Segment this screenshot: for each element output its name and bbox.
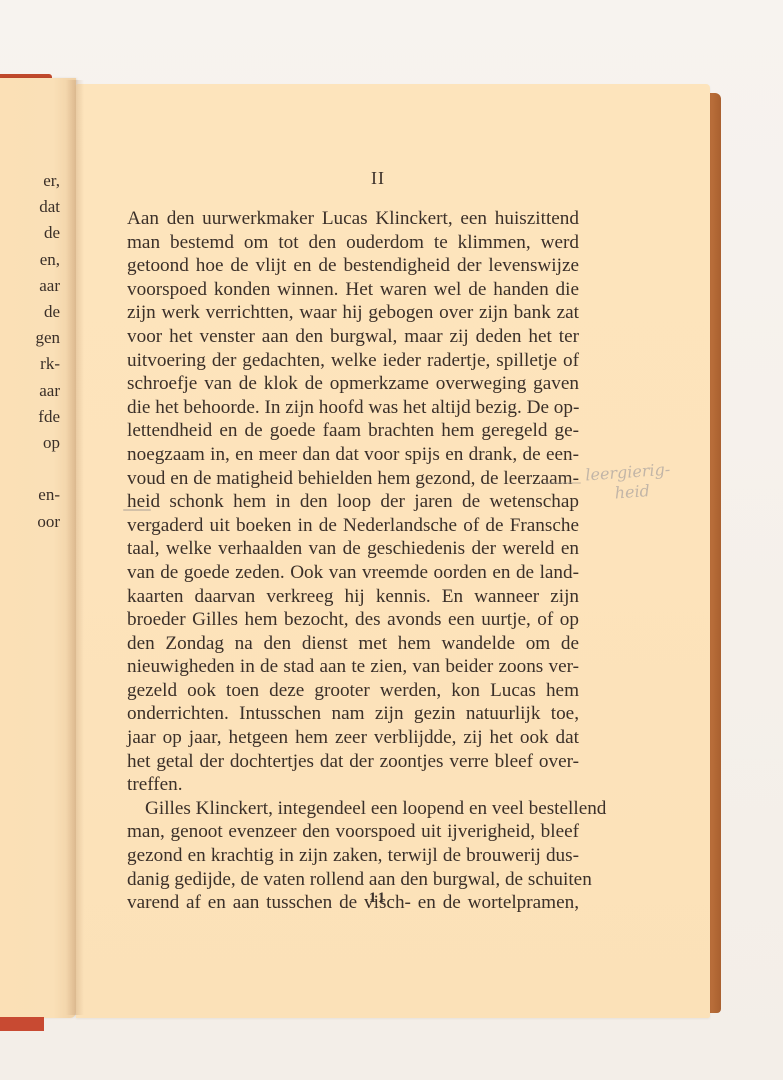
text-line: kaarten daarvan verkreeg hij kennis. En … (127, 585, 579, 609)
right-page: II Aan den uurwerkmaker Lucas Klinckert,… (76, 84, 710, 1018)
left-page-line-fragment: en, (0, 247, 60, 273)
text-line: zijn werk verrichtten, waar hij gebogen … (127, 301, 579, 325)
text-line: man bestemd om tot den ouderdom te klimm… (127, 231, 579, 255)
text-line: jaar op jaar, hetgeen hem zeer verblijdd… (127, 726, 579, 750)
left-page-line-fragment: op (0, 430, 60, 456)
text-line: lettendheid en de goede faam brachten he… (127, 419, 579, 443)
text-line: treffen. (127, 773, 579, 797)
text-line: Aan den uurwerkmaker Lucas Klinckert, ee… (127, 207, 579, 231)
pencil-underline (123, 509, 151, 511)
left-cover-edge-bottom (0, 1017, 44, 1031)
chapter-heading: II (76, 168, 710, 189)
page-number: 11 (76, 890, 710, 907)
text-line: noegzaam in, en meer dan dat voor spijs … (127, 443, 579, 467)
left-page-line-fragment: aar (0, 378, 60, 404)
left-page-line-fragment: gen (0, 325, 60, 351)
text-line: die het behoorde. In zijn hoofd was het … (127, 396, 579, 420)
left-page-text: er,datdeen,aardegenrk-aarfdeop en-oor (0, 168, 60, 535)
left-page-line-fragment: de (0, 299, 60, 325)
text-line: van de goede zeden. Ook van vreemde oord… (127, 561, 579, 585)
text-line: danig gedijde, de vaten rollend aan den … (127, 868, 579, 892)
left-page-line-fragment (0, 456, 60, 482)
left-page-line-fragment: er, (0, 168, 60, 194)
text-line: onderrichten. Intusschen nam zijn gezin … (127, 702, 579, 726)
left-page-line-fragment: aar (0, 273, 60, 299)
text-line: man, genoot evenzeer den voorspoed uit i… (127, 820, 579, 844)
text-line: voorspoed konden winnen. Het waren wel d… (127, 278, 579, 302)
text-line: den Zondag na den dienst met hem wandeld… (127, 632, 579, 656)
text-line: schroefje van de klok de opmerkzame over… (127, 372, 579, 396)
text-line: getoond hoe de vlijt en de bestendigheid… (127, 254, 579, 278)
pencil-underline (546, 482, 581, 484)
text-line: uitvoering der gedachten, welke ieder ra… (127, 349, 579, 373)
left-page: er,datdeen,aardegenrk-aarfdeop en-oor (0, 78, 76, 1018)
text-line: het getal der dochtertjes dat der zoontj… (127, 750, 579, 774)
text-line: Gilles Klinckert, integendeel een loopen… (127, 797, 579, 821)
left-page-line-fragment: de (0, 220, 60, 246)
text-line: broeder Gilles hem bezocht, des avonds e… (127, 608, 579, 632)
left-page-line-fragment: oor (0, 509, 60, 535)
left-page-line-fragment: en- (0, 482, 60, 508)
text-line: gezeld ook toen deze grooter werden, kon… (127, 679, 579, 703)
text-line: taal, welke verhaalden van de geschieden… (127, 537, 579, 561)
page-body-text: Aan den uurwerkmaker Lucas Klinckert, ee… (127, 207, 579, 915)
left-page-line-fragment: rk- (0, 351, 60, 377)
text-line: vergaderd uit boeken in de Nederlandsche… (127, 514, 579, 538)
text-line: voud en de matigheid behielden hem gezon… (127, 467, 579, 491)
text-line: voor het venster aan den burgwal, maar z… (127, 325, 579, 349)
text-line: heid schonk hem in den loop der jaren de… (127, 490, 579, 514)
text-line: gezond en krachtig in zijn zaken, terwij… (127, 844, 579, 868)
left-page-line-fragment: fde (0, 404, 60, 430)
left-page-line-fragment: dat (0, 194, 60, 220)
text-line: nieuwigheden in de stad aan te zien, van… (127, 655, 579, 679)
pencil-margin-annotation: leergierig- heid (585, 459, 688, 506)
